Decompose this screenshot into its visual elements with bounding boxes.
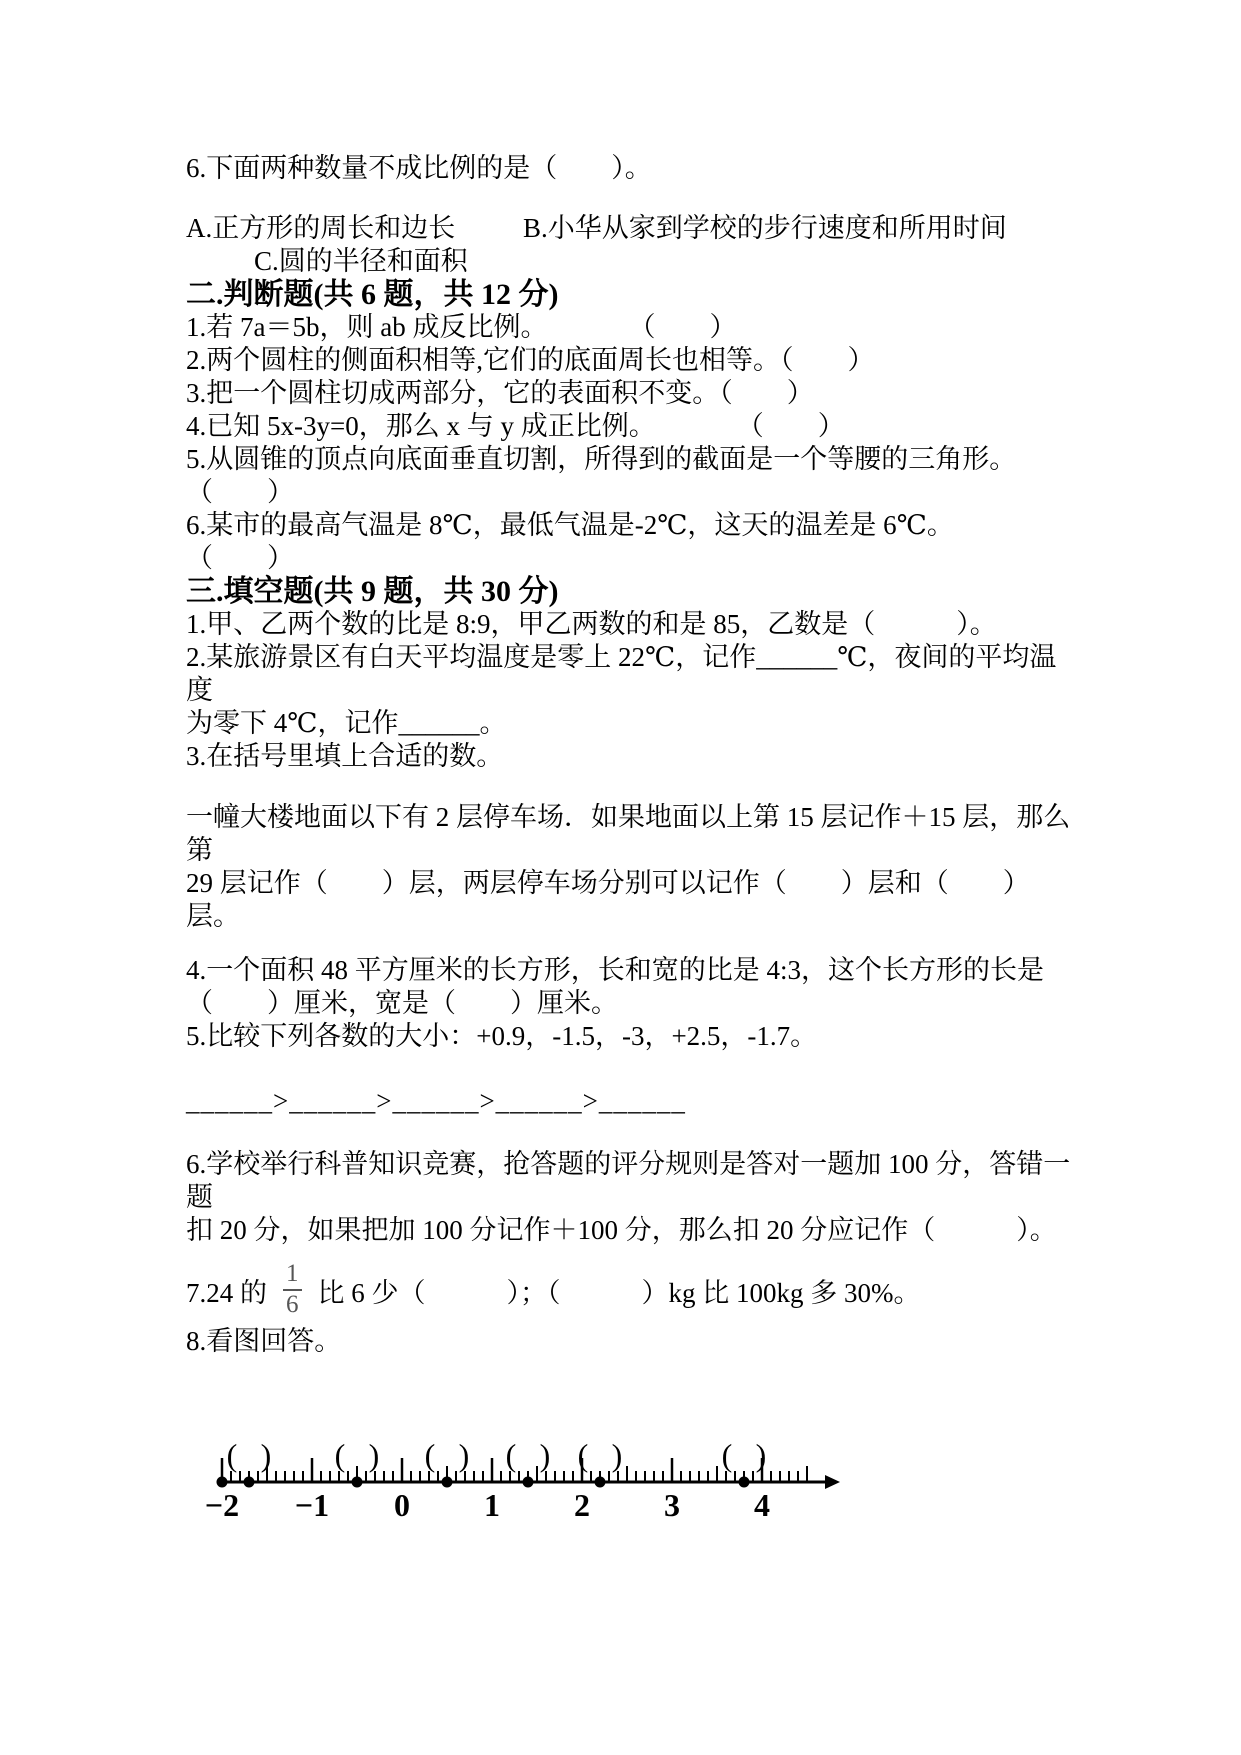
judge-section-header: 二.判断题(共 6 题，共 12 分) <box>186 278 1075 311</box>
judge-item-4: 4.已知 5x-3y=0，那么 x 与 y 成正比例。 （ ） <box>186 410 1075 443</box>
fraction-one-sixth: 1 6 <box>283 1260 302 1320</box>
fill-item-4-line1: 4.一个面积 48 平方厘米的长方形，长和宽的比是 4:3，这个长方形的长是 <box>186 954 1075 987</box>
fill-item-6: 6.学校举行科普知识竞赛，抢答题的评分规则是答对一题加 100 分，答错一题 扣… <box>186 1148 1075 1247</box>
svg-text:4: 4 <box>754 1487 770 1523</box>
fill-item-3-para-line1: 一幢大楼地面以下有 2 层停车场．如果地面以上第 15 层记作＋15 层，那么第 <box>186 801 1075 867</box>
fraction-denominator: 6 <box>283 1289 302 1320</box>
fill-item-8: 8.看图回答。 <box>186 1325 1075 1358</box>
svg-text:): ) <box>459 1437 470 1473</box>
fill-item-3-para-line3: 层。 <box>186 900 1075 933</box>
judge-item-5: 5.从圆锥的顶点向底面垂直切割，所得到的截面是一个等腰的三角形。 <box>186 443 1075 476</box>
judge-item-1: 1.若 7a＝5b，则 ab 成反比例。 （ ） <box>186 311 1075 344</box>
number-line-figure: −2−101234()()()()()() <box>186 1424 1075 1526</box>
option-a: A.正方形的周长和边长 <box>186 212 523 245</box>
fill-item-7-suffix: 比 6 少（ ）；（ ）kg 比 100kg 多 30%。 <box>318 1271 921 1310</box>
question-6: 6.下面两种数量不成比例的是（ ）。 <box>186 152 1075 185</box>
option-c: C.圆的半径和面积 <box>186 245 1075 278</box>
number-line-svg: −2−101234()()()()()() <box>186 1424 866 1526</box>
fill-item-6-line2: 扣 20 分，如果把加 100 分记作＋100 分，那么扣 20 分应记作（ ）… <box>186 1214 1075 1247</box>
svg-text:3: 3 <box>664 1487 680 1523</box>
fill-item-5-blanks: ______>______>______>______>______ <box>186 1085 1075 1118</box>
svg-text:0: 0 <box>394 1487 410 1523</box>
judge-item-6: 6.某市的最高气温是 8℃，最低气温是-2℃，这天的温差是 6℃。 <box>186 509 1075 542</box>
svg-text:(: ( <box>506 1437 517 1473</box>
fill-item-6-line1: 6.学校举行科普知识竞赛，抢答题的评分规则是答对一题加 100 分，答错一题 <box>186 1148 1075 1214</box>
fill-item-3-para-line2: 29 层记作（ ）层，两层停车场分别可以记作（ ）层和（ ） <box>186 867 1075 900</box>
fill-item-2-line2: 为零下 4℃，记作______。 <box>186 707 1075 740</box>
svg-text:): ) <box>612 1437 623 1473</box>
fill-item-5: 5.比较下列各数的大小：+0.9，-1.5，-3，+2.5，-1.7。 <box>186 1020 1075 1053</box>
options-row: A.正方形的周长和边长 B.小华从家到学校的步行速度和所用时间 <box>186 212 1075 245</box>
svg-text:(: ( <box>425 1437 436 1473</box>
fill-item-7-prefix: 7.24 的 <box>186 1271 267 1310</box>
judge-item-2: 2.两个圆柱的侧面积相等,它们的底面周长也相等。（ ） <box>186 344 1075 377</box>
choice-section: 6.下面两种数量不成比例的是（ ）。 A.正方形的周长和边长 B.小华从家到学校… <box>186 152 1075 278</box>
exam-page: 6.下面两种数量不成比例的是（ ）。 A.正方形的周长和边长 B.小华从家到学校… <box>0 0 1241 1755</box>
fill-item-2-line1: 2.某旅游景区有白天平均温度是零上 22℃，记作______℃，夜间的平均温度 <box>186 641 1075 707</box>
judge-section: 1.若 7a＝5b，则 ab 成反比例。 （ ） 2.两个圆柱的侧面积相等,它们… <box>186 311 1075 575</box>
svg-text:(: ( <box>722 1437 733 1473</box>
fill-item-7: 7.24 的 1 6 比 6 少（ ）；（ ）kg 比 100kg 多 30%。 <box>186 1261 1075 1319</box>
fraction-numerator: 1 <box>286 1260 299 1289</box>
fill-item-3: 3.在括号里填上合适的数。 <box>186 740 1075 773</box>
judge-item-3: 3.把一个圆柱切成两部分，它的表面积不变。（ ） <box>186 377 1075 410</box>
option-b: B.小华从家到学校的步行速度和所用时间 <box>523 212 1007 245</box>
fill-item-4: 4.一个面积 48 平方厘米的长方形，长和宽的比是 4:3，这个长方形的长是 （… <box>186 954 1075 1020</box>
fill-item-4-line2: （ ）厘米，宽是（ ）厘米。 <box>186 987 1075 1020</box>
judge-item-6-answer-paren: （ ） <box>186 542 1075 575</box>
svg-text:−2: −2 <box>205 1487 239 1523</box>
svg-text:1: 1 <box>484 1487 500 1523</box>
svg-text:): ) <box>369 1437 380 1473</box>
fill-item-1: 1.甲、乙两个数的比是 8:9，甲乙两数的和是 85，乙数是（ ）。 <box>186 608 1075 641</box>
fill-section-header: 三.填空题(共 9 题，共 30 分) <box>186 575 1075 608</box>
fill-section: 1.甲、乙两个数的比是 8:9，甲乙两数的和是 85，乙数是（ ）。 2.某旅游… <box>186 608 1075 1526</box>
svg-text:(: ( <box>578 1437 589 1473</box>
svg-text:): ) <box>756 1437 767 1473</box>
svg-text:): ) <box>261 1437 272 1473</box>
svg-text:(: ( <box>335 1437 346 1473</box>
svg-text:): ) <box>540 1437 551 1473</box>
judge-item-5-answer-paren: （ ） <box>186 476 1075 509</box>
svg-text:−1: −1 <box>295 1487 329 1523</box>
svg-text:2: 2 <box>574 1487 590 1523</box>
svg-text:(: ( <box>227 1437 238 1473</box>
fill-item-3-paragraph: 一幢大楼地面以下有 2 层停车场．如果地面以上第 15 层记作＋15 层，那么第… <box>186 801 1075 933</box>
